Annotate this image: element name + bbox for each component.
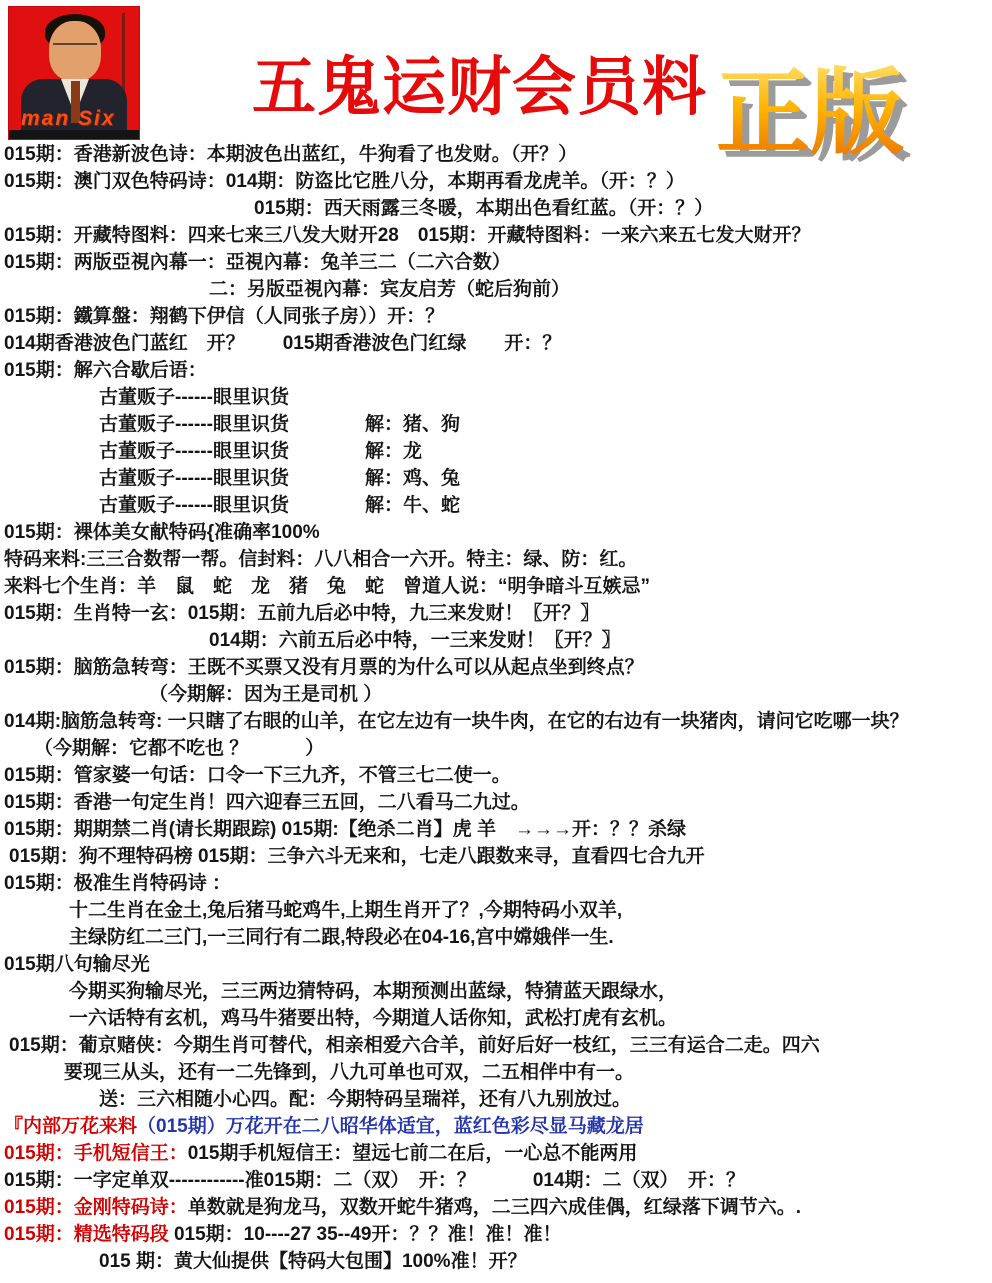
text-line: 015期：生肖特一玄：015期：五前九后必中特，九三来发财！〖开？〗 [4, 600, 990, 627]
text-line: 古董贩子------眼里识货 解：鸡、兔 [4, 465, 990, 492]
text-segment: 014期香港波色门蓝红 开？ 015期香港波色门红绿 开：？ [4, 333, 561, 354]
text-segment: 015期：手机短信王： [4, 1143, 188, 1164]
page-title: 五鬼运财会员料 [252, 36, 707, 128]
text-segment: 古董贩子------眼里识货 解：龙 [99, 441, 422, 462]
author-photo: man Six [8, 6, 140, 140]
text-line: 014期香港波色门蓝红 开？ 015期香港波色门红绿 开：？ [4, 330, 990, 357]
text-segment: 014期:脑筋急转弯: 一只瞎了右眼的山羊，在它左边有一块牛肉，在它的右边有一块… [4, 711, 909, 732]
text-segment: 015期：两版亞視內幕一：亞視內幕：兔羊三二（二六合数） [4, 252, 511, 273]
text-line: 特码来料:三三合数帮一帮。信封料：八八相合一六开。特主：绿、防：红。 [4, 546, 990, 573]
portrait-glasses [53, 43, 97, 55]
text-line: 015 期：黄大仙提供【特码大包围】100%准！开？ [4, 1248, 990, 1275]
text-segment: 015期：香港一句定生肖！四六迎春三五回，二八看马二九过。 [4, 792, 530, 813]
text-segment: 015期：鐵算盤：翔鹤下伊信（人同张子房））开：？ [4, 306, 444, 327]
text-segment: 015期：10----27 35--49开：？？准！准！准！ [174, 1224, 561, 1245]
text-line: 015期：葡京赌侠：今期生肖可替代，相亲相爱六合羊，前好后好一枝红，三三有运合二… [4, 1032, 990, 1059]
text-line: 015期：狗不理特码榜 015期：三争六斗无来和，七走八跟数来寻，直看四七合九开 [4, 843, 990, 870]
text-line: 015期：西天雨露三冬暖，本期出色看红蓝。（开：？） [4, 195, 990, 222]
text-line: 015期：极准生肖特码诗 ： [4, 870, 990, 897]
text-line: 古董贩子------眼里识货 解：猪、狗 [4, 411, 990, 438]
text-segment: 古董贩子------眼里识货 [99, 387, 289, 408]
photo-watermark-text: man Six [21, 107, 116, 131]
text-segment: 古董贩子------眼里识货 解：鸡、兔 [99, 468, 460, 489]
text-line: 古董贩子------眼里识货 解：牛、蛇 [4, 492, 990, 519]
text-line: （今期解：它都不吃也 ？ ） [4, 735, 990, 762]
text-segment: 要现三从头，还有一二先锋到，八九可单也可双，二五相伴中有一。 [64, 1062, 634, 1083]
text-line: 古董贩子------眼里识货 [4, 384, 990, 411]
text-line: 015期：澳门双色特码诗：014期：防盗比它胜八分，本期再看龙虎羊。（开：？） [4, 168, 990, 195]
text-line: 015期：精选特码段 015期：10----27 35--49开：？？准！准！准… [4, 1221, 990, 1248]
text-line: 015期：香港新波色诗：本期波色出蓝红，牛狗看了也发财。（开？） [4, 141, 990, 168]
text-line: 015期：脑筋急转弯：王既不买票又没有月票的为什么可以从起点坐到终点？ [4, 654, 990, 681]
text-segment: 古董贩子------眼里识货 解：猪、狗 [99, 414, 460, 435]
text-line: 015期：期期禁二肖(请长期跟踪) 015期:【绝杀二肖】虎 羊 →→→开：？？… [4, 816, 990, 843]
text-segment: 015期：开藏特图料：四来七来三八发大财开28 015期：开藏特图料：一来六来五… [4, 225, 811, 246]
text-line: 今期买狗输尽光，三三两边猜特码，本期预测出蓝绿，特猜蓝天跟绿水， [4, 978, 990, 1005]
text-line: 『内部万花来料（015期）万花开在二八昭华体适宜，蓝红色彩尽显马藏龙居 [4, 1113, 990, 1140]
text-segment: 015期：澳门双色特码诗：014期：防盗比它胜八分，本期再看龙虎羊。（开：？） [4, 171, 685, 192]
text-line: 015期：管家婆一句话：口令一下三九齐，不管三七二使一。 [4, 762, 990, 789]
text-segment: 015期：葡京赌侠：今期生肖可替代，相亲相爱六合羊，前好后好一枝红，三三有运合二… [9, 1035, 820, 1056]
text-segment: 015期：一字定单双------------准015期：二（双） 开：？ 014… [4, 1170, 745, 1191]
text-segment: 015期：精选特码段 [4, 1224, 174, 1245]
text-line: 要现三从头，还有一二先锋到，八九可单也可双，二五相伴中有一。 [4, 1059, 990, 1086]
text-segment: 015期手机短信王：望远七前二在后，一心总不能两用 [188, 1143, 638, 1164]
text-segment: 来料七个生肖：羊 鼠 蛇 龙 猪 兔 蛇 曾道人说：“明争暗斗互嫉忌” [4, 576, 650, 597]
text-segment: 古董贩子------眼里识货 解：牛、蛇 [99, 495, 460, 516]
text-segment: 二：另版亞視內幕：宾友启芳（蛇后狗前） [209, 279, 570, 300]
text-segment: 015期：裸体美女献特码{准确率100% [4, 522, 320, 543]
text-line: 015期：裸体美女献特码{准确率100% [4, 519, 990, 546]
text-line: 014期：六前五后必中特，一三来发财！〖开？〗 [4, 627, 990, 654]
text-line: 二：另版亞視內幕：宾友启芳（蛇后狗前） [4, 276, 990, 303]
text-segment: 主绿防红二三门,一三同行有二跟,特段必在04-16,宫中嫦娥伴一生. [69, 927, 614, 948]
text-line: 古董贩子------眼里识货 解：龙 [4, 438, 990, 465]
text-segment: 015期：生肖特一玄：015期：五前九后必中特，九三来发财！〖开？〗 [4, 603, 599, 624]
text-segment: （今期解：它都不吃也 ？ ） [34, 738, 324, 759]
text-segment: 015期：西天雨露三冬暖，本期出色看红蓝。（开：？） [254, 198, 713, 219]
text-line: 015期：金刚特码诗：单数就是狗龙马，双数开蛇牛猪鸡，二三四六成佳偶，红绿落下调… [4, 1194, 990, 1221]
photo-bottom-band [9, 130, 139, 139]
text-line: 来料七个生肖：羊 鼠 蛇 龙 猪 兔 蛇 曾道人说：“明争暗斗互嫉忌” [4, 573, 990, 600]
text-segment: 015期：极准生肖特码诗 ： [4, 873, 231, 894]
text-segment: 今期买狗输尽光，三三两边猜特码，本期预测出蓝绿，特猜蓝天跟绿水， [69, 981, 677, 1002]
text-line: 送：三六相随小心四。配：今期特码呈瑞祥，还有八九别放过。 [4, 1086, 990, 1113]
text-line: 015期：鐵算盤：翔鹤下伊信（人同张子房））开：？ [4, 303, 990, 330]
text-line: 015期：开藏特图料：四来七来三八发大财开28 015期：开藏特图料：一来六来五… [4, 222, 990, 249]
text-line: 十二生肖在金土,兔后猪马蛇鸡牛,上期生肖开了？,今期特码小双羊, [4, 897, 990, 924]
content-lines: 015期：香港新波色诗：本期波色出蓝红，牛狗看了也发财。（开？）015期：澳门双… [4, 141, 990, 1275]
text-line: 015期：解六合歇后语： [4, 357, 990, 384]
text-segment: 十二生肖在金土,兔后猪马蛇鸡牛,上期生肖开了？,今期特码小双羊, [69, 900, 622, 921]
text-line: 主绿防红二三门,一三同行有二跟,特段必在04-16,宫中嫦娥伴一生. [4, 924, 990, 951]
text-line: 015期八句输尽光 [4, 951, 990, 978]
text-segment: 015期：香港新波色诗：本期波色出蓝红，牛狗看了也发财。（开？） [4, 144, 577, 165]
text-line: 015期：手机短信王：015期手机短信王：望远七前二在后，一心总不能两用 [4, 1140, 990, 1167]
text-line: 014期:脑筋急转弯: 一只瞎了右眼的山羊，在它左边有一块牛肉，在它的右边有一块… [4, 708, 990, 735]
text-line: （今期解：因为王是司机 ） [4, 681, 990, 708]
text-line: 一六话特有玄机，鸡马牛猪要出特，今期道人话你知，武松打虎有玄机。 [4, 1005, 990, 1032]
text-line: 015期：香港一句定生肖！四六迎春三五回，二八看马二九过。 [4, 789, 990, 816]
text-segment: （015期）万花开在二八昭华体适宜，蓝红色彩尽显马藏龙居 [137, 1116, 644, 1137]
text-segment: 015期：狗不理特码榜 015期：三争六斗无来和，七走八跟数来寻，直看四七合九开 [9, 846, 705, 867]
text-segment: 015期：期期禁二肖(请长期跟踪) 015期:【绝杀二肖】虎 羊 →→→开：？？… [4, 819, 686, 840]
text-segment: （今期解：因为王是司机 ） [149, 684, 382, 705]
text-segment: 015期：解六合歇后语： [4, 360, 207, 381]
text-segment: 一六话特有玄机，鸡马牛猪要出特，今期道人话你知，武松打虎有玄机。 [69, 1008, 677, 1029]
text-segment: 单数就是狗龙马，双数开蛇牛猪鸡，二三四六成佳偶，红绿落下调节六。. [188, 1197, 801, 1218]
text-segment: 送：三六相随小心四。配：今期特码呈瑞祥，还有八九别放过。 [99, 1089, 631, 1110]
text-line: 015期：两版亞視內幕一：亞視內幕：兔羊三二（二六合数） [4, 249, 990, 276]
text-segment: 015期：脑筋急转弯：王既不买票又没有月票的为什么可以从起点坐到终点？ [4, 657, 644, 678]
text-segment: 015期八句输尽光 [4, 954, 150, 975]
text-line: 015期：一字定单双------------准015期：二（双） 开：？ 014… [4, 1167, 990, 1194]
text-segment: 014期：六前五后必中特，一三来发财！〖开？〗 [209, 630, 621, 651]
text-segment: 015 期：黄大仙提供【特码大包围】100%准！开？ [99, 1251, 527, 1272]
text-segment: 『内部万花来料 [4, 1116, 137, 1137]
text-segment: 015期：管家婆一句话：口令一下三九齐，不管三七二使一。 [4, 765, 511, 786]
text-segment: 015期：金刚特码诗： [4, 1197, 188, 1218]
text-segment: 特码来料:三三合数帮一帮。信封料：八八相合一六开。特主：绿、防：红。 [4, 549, 637, 570]
